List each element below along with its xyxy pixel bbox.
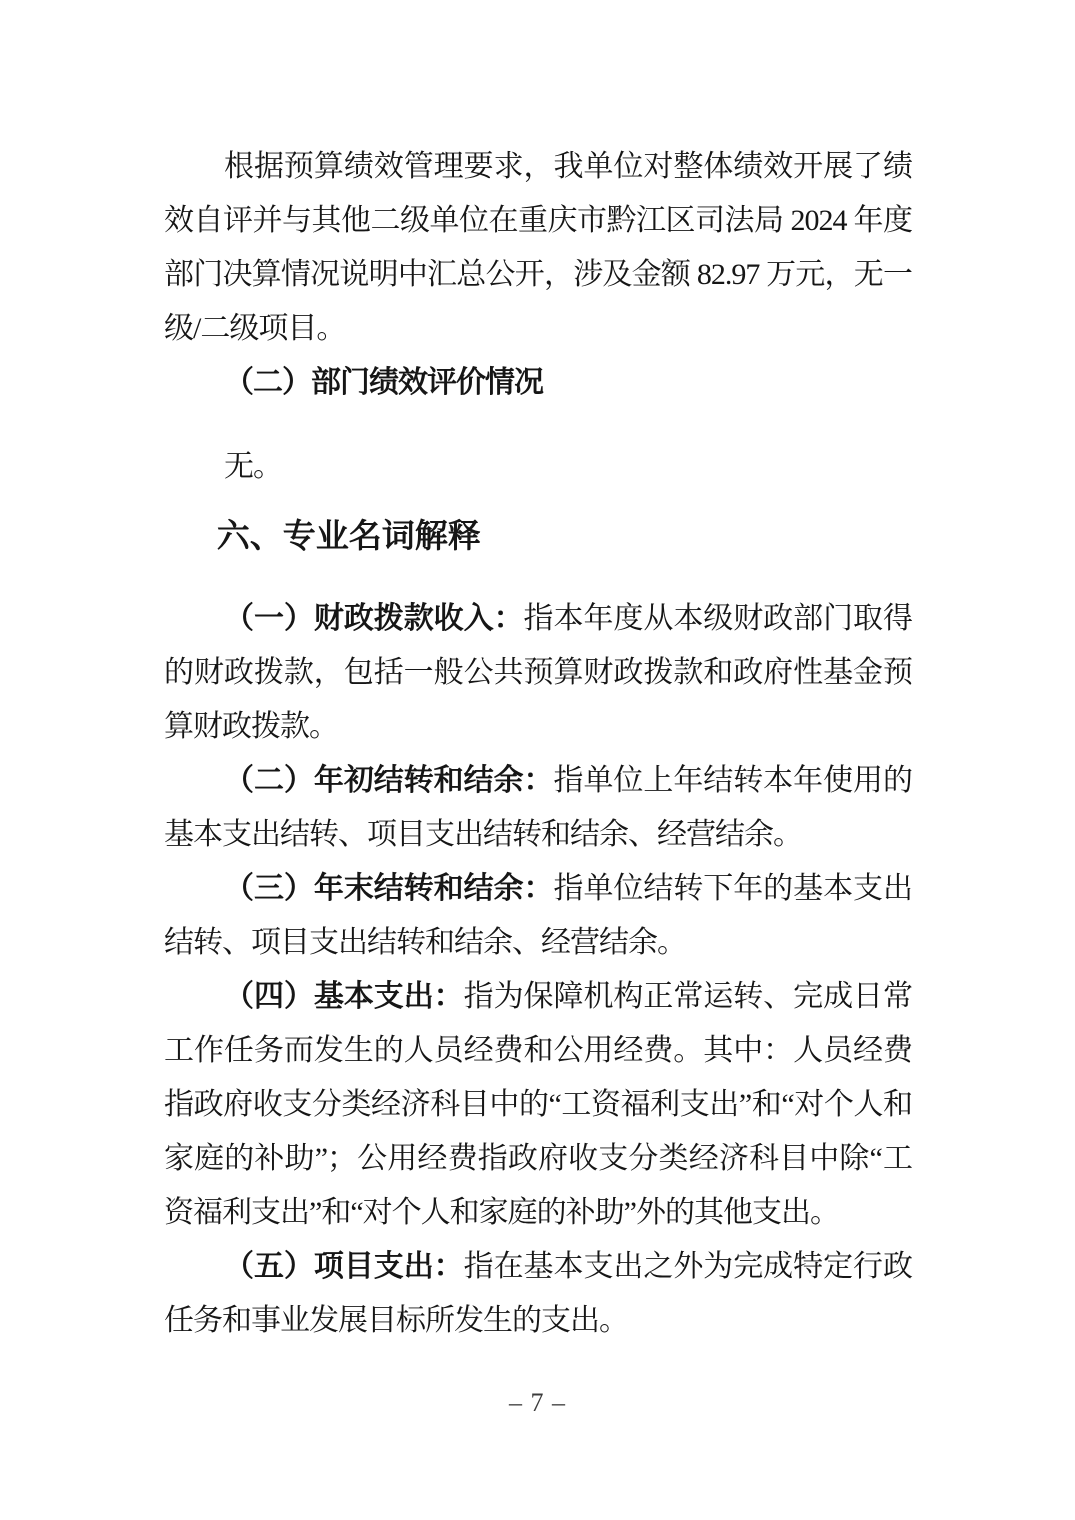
definition-fiscal-appropriation-income: （一）财政拨款收入：指本年度从本级财政部门取得的财政拨款，包括一般公共预算财政拨… — [164, 592, 912, 754]
definition-term: （二）年初结转和结余： — [224, 764, 554, 797]
definition-term: （三）年末结转和结余： — [224, 872, 554, 905]
paragraph-none: 无。 — [164, 440, 912, 494]
section-title-terminology: 六、专业名词解释 — [164, 508, 912, 564]
document-page: 根据预算绩效管理要求，我单位对整体绩效开展了绩效自评并与其他二级单位在重庆市黔江… — [0, 0, 1075, 1520]
page-number: – 7 – — [0, 1388, 1075, 1418]
subheading-performance-evaluation: （二）部门绩效评价情况 — [164, 356, 912, 410]
document-body: 根据预算绩效管理要求，我单位对整体绩效开展了绩效自评并与其他二级单位在重庆市黔江… — [164, 140, 912, 1348]
definition-basic-expenditure: （四）基本支出：指为保障机构正常运转、完成日常工作任务而发生的人员经费和公用经费… — [164, 970, 912, 1240]
definition-text: 指为保障机构正常运转、完成日常工作任务而发生的人员经费和公用经费。其中：人员经费… — [164, 980, 912, 1229]
definition-project-expenditure: （五）项目支出：指在基本支出之外为完成特定行政任务和事业发展目标所发生的支出。 — [164, 1240, 912, 1348]
paragraph-performance-self-eval: 根据预算绩效管理要求，我单位对整体绩效开展了绩效自评并与其他二级单位在重庆市黔江… — [164, 140, 912, 356]
definition-term: （四）基本支出： — [224, 980, 464, 1013]
definition-carryover-begin-year: （二）年初结转和结余：指单位上年结转本年使用的基本支出结转、项目支出结转和结余、… — [164, 754, 912, 862]
definition-carryover-end-year: （三）年末结转和结余：指单位结转下年的基本支出结转、项目支出结转和结余、经营结余… — [164, 862, 912, 970]
definition-term: （一）财政拨款收入： — [224, 602, 524, 635]
definition-term: （五）项目支出： — [224, 1250, 464, 1283]
